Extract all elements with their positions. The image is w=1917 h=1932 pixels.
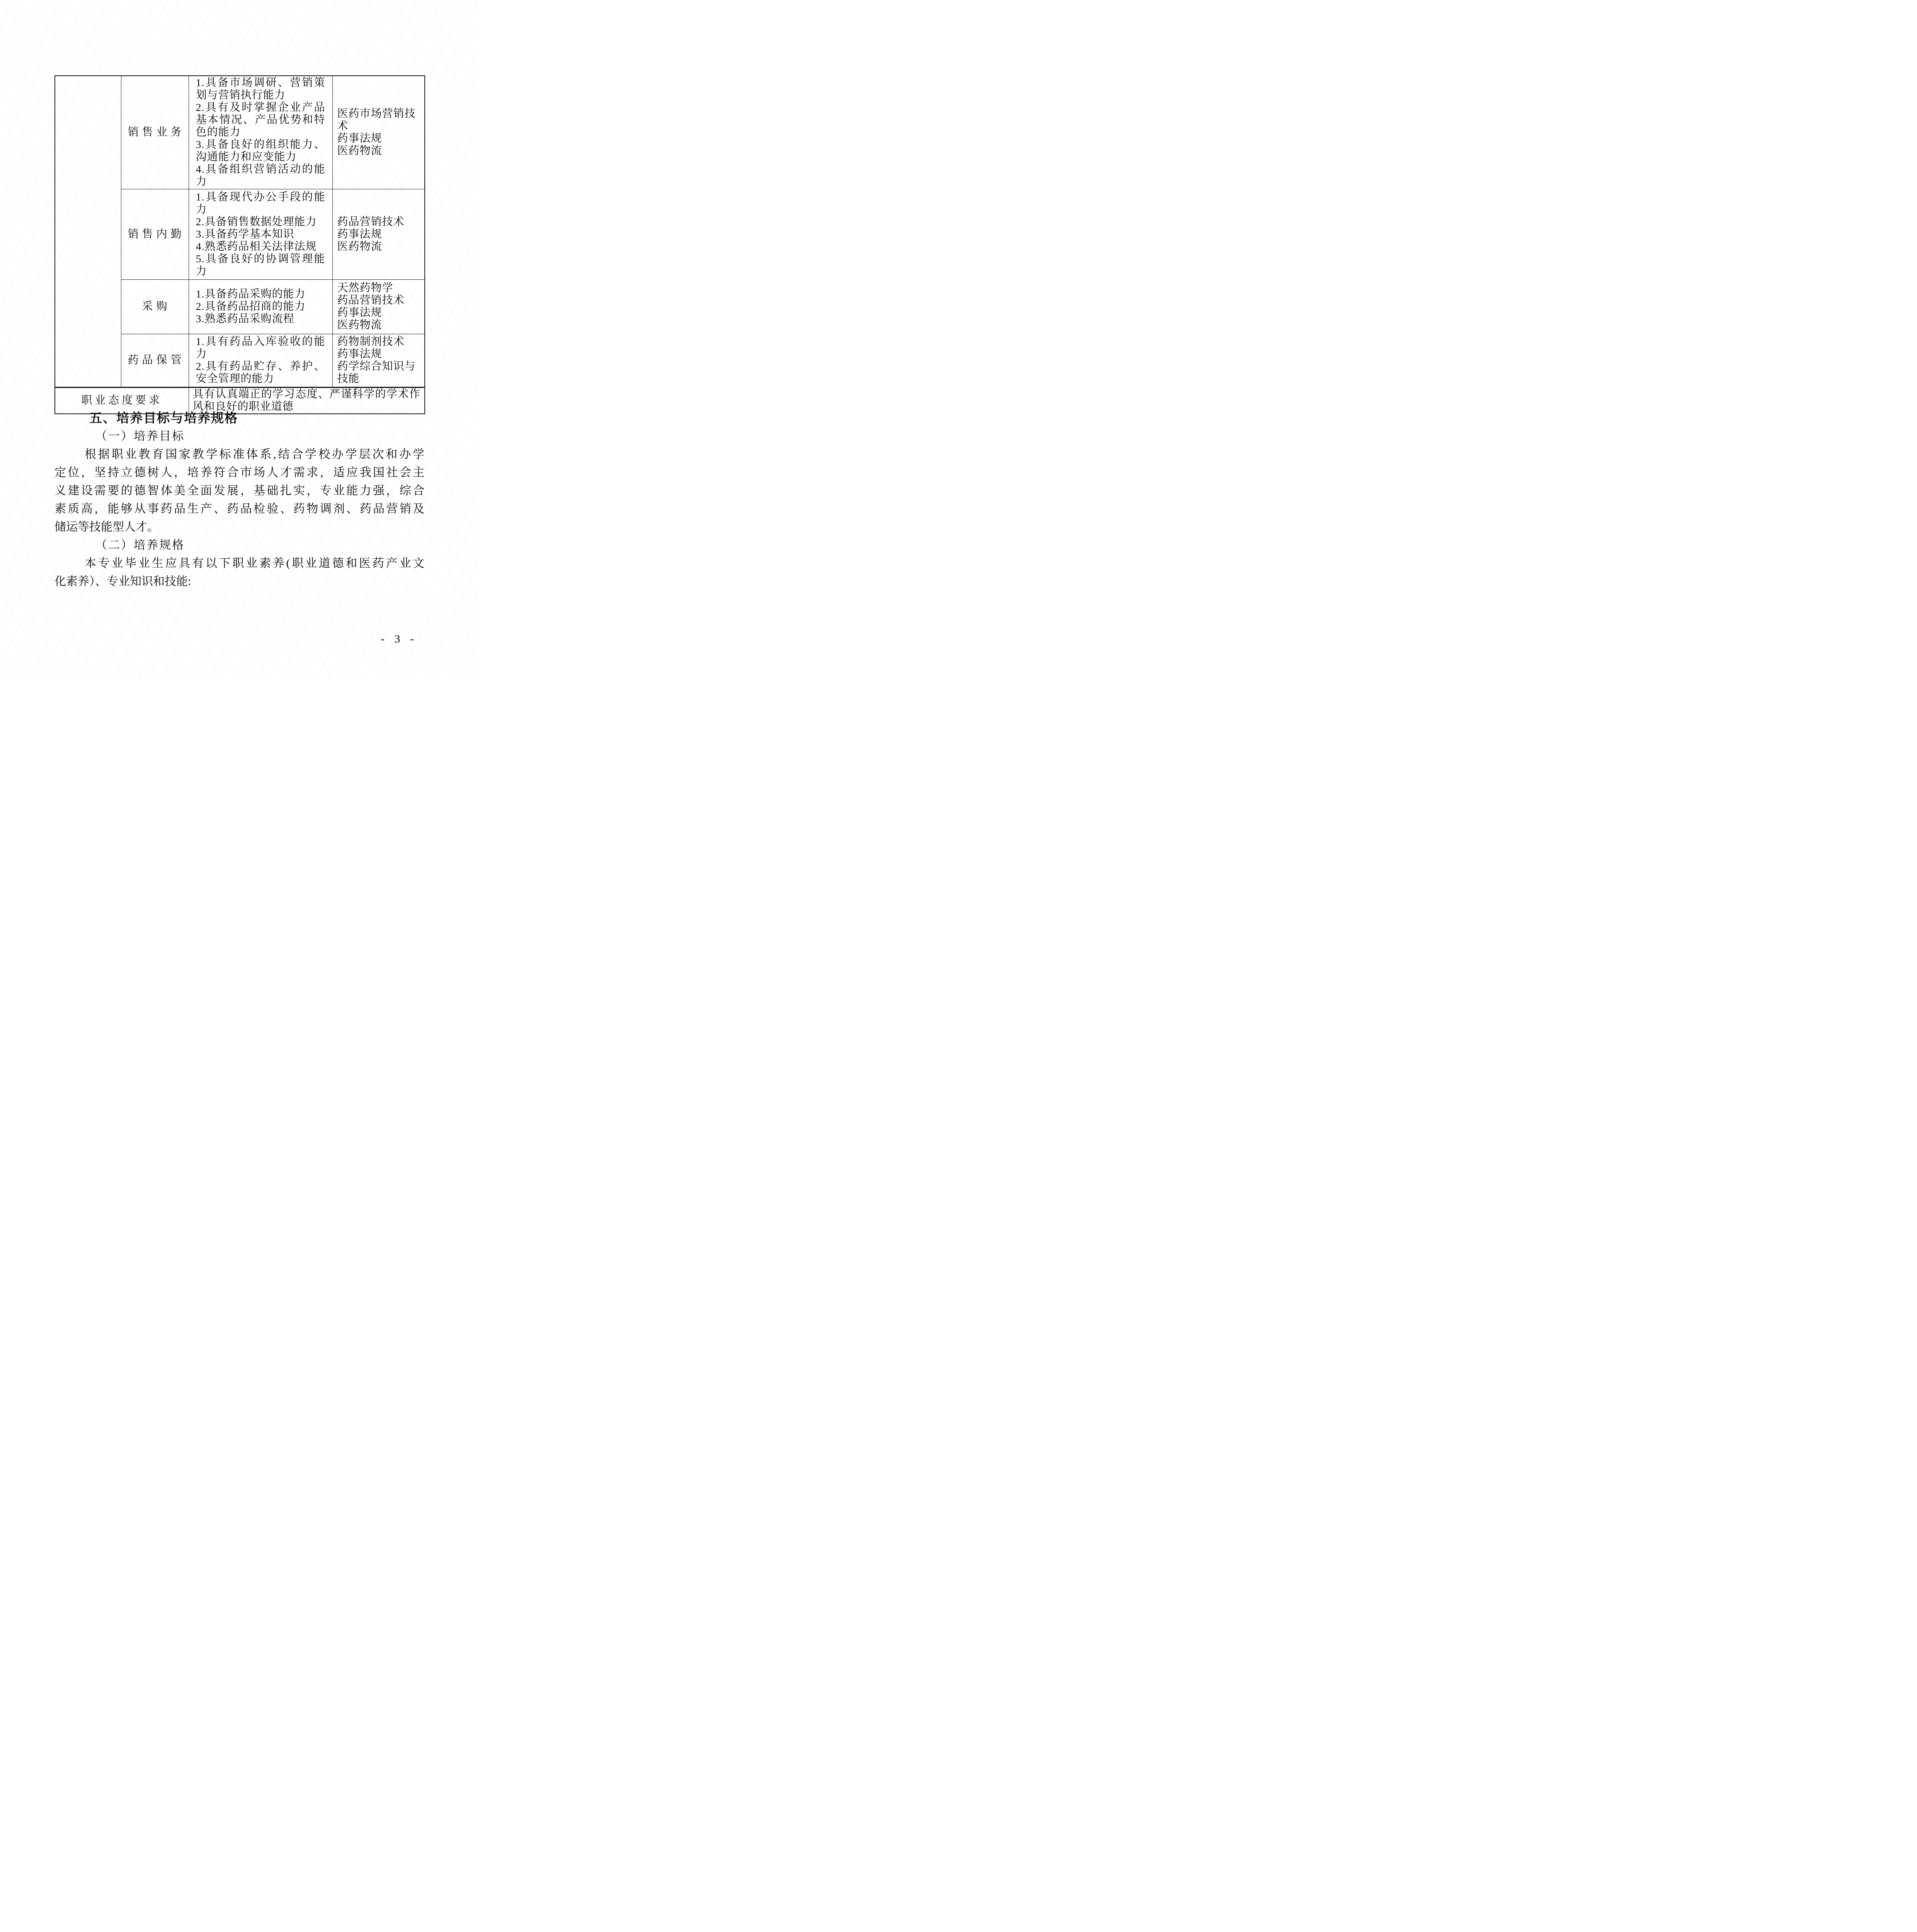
course-item: 药事法规 (337, 133, 420, 145)
course-item: 天然药物学 (337, 282, 420, 294)
course-item: 药事法规 (337, 348, 420, 361)
paragraph-line: 本专业毕业生应具有以下职业素养(职业道德和医药产业文 (54, 554, 424, 572)
ability-item: 3.具备良好的组织能力、沟通能力和应变能力 (196, 139, 325, 163)
courses-cell: 药品营销技术 药事法规 医药物流 (332, 189, 425, 280)
course-item: 药事法规 (337, 228, 420, 241)
job-role-cell: 销售业务 (121, 76, 189, 189)
job-role-label: 药品保管 (128, 354, 185, 367)
paragraph-line: 根据职业教育国家教学标准体系,结合学校办学层次和办学 (54, 445, 424, 463)
course-item: 药学综合知识与技能 (337, 361, 420, 385)
paragraph-line: 化素养）、专业知识和技能: (54, 572, 424, 590)
abilities-cell: 1.具备现代办公手段的能力 2.具备销售数据处理能力 3.具备药学基本知识 4.… (189, 189, 332, 280)
course-item: 医药物流 (337, 145, 420, 157)
courses-cell: 医药市场营销技术 药事法规 医药物流 (332, 76, 425, 189)
table-row: 销售业务 1.具备市场调研、营销策划与营销执行能力 2.具有及时掌握企业产品基本… (55, 76, 425, 189)
ability-item: 1.具备药品采购的能力 (196, 288, 325, 301)
ability-item: 1.具有药品入库验收的能力 (196, 336, 325, 361)
section-heading: 五、培养目标与培养规格 (54, 409, 424, 427)
job-role-label: 销售业务 (128, 126, 185, 139)
course-item: 医药市场营销技术 (337, 108, 420, 133)
course-item: 医药物流 (337, 319, 420, 332)
subheading-training-objective: （一）培养目标 (54, 427, 424, 445)
course-item: 医药物流 (337, 241, 420, 253)
paragraph-line: 储运等技能型人才。 (54, 518, 424, 536)
page-number: - 3 - (381, 632, 417, 646)
ability-item: 5.具备良好的协调管理能力 (196, 253, 325, 278)
job-role-cell: 采购 (121, 280, 189, 334)
ability-item: 2.具有药品贮存、养护、安全管理的能力 (196, 361, 325, 385)
merged-category-cell (55, 76, 121, 388)
course-item: 药事法规 (337, 307, 420, 319)
course-item: 药物制剂技术 (337, 336, 420, 348)
course-item: 药品营销技术 (337, 294, 420, 307)
course-item: 药品营销技术 (337, 216, 420, 228)
courses-cell: 药物制剂技术 药事法规 药学综合知识与技能 (332, 334, 425, 388)
paragraph-line: 义建设需要的德智体美全面发展，基础扎实，专业能力强，综合 (54, 481, 424, 500)
ability-item: 2.具备销售数据处理能力 (196, 216, 325, 228)
paragraph-line: 定位，坚持立德树人，培养符合市场人才需求，适应我国社会主 (54, 463, 424, 481)
ability-item: 3.熟悉药品采购流程 (196, 313, 325, 325)
abilities-cell: 1.具备市场调研、营销策划与营销执行能力 2.具有及时掌握企业产品基本情况、产品… (189, 76, 332, 189)
job-role-label: 销售内勤 (128, 228, 185, 241)
courses-cell: 天然药物学 药品营销技术 药事法规 医药物流 (332, 280, 425, 334)
section-body: 五、培养目标与培养规格 （一）培养目标 根据职业教育国家教学标准体系,结合学校办… (54, 409, 424, 590)
paragraph-line: 素质高，能够从事药品生产、药品检验、药物调剂、药品营销及 (54, 500, 424, 518)
job-role-cell: 销售内勤 (121, 189, 189, 280)
abilities-cell: 1.具备药品采购的能力 2.具备药品招商的能力 3.熟悉药品采购流程 (189, 280, 332, 334)
ability-item: 4.具备组织营销活动的能力 (196, 163, 325, 188)
ability-item: 2.具备药品招商的能力 (196, 301, 325, 313)
ability-item: 3.具备药学基本知识 (196, 228, 325, 241)
abilities-cell: 1.具有药品入库验收的能力 2.具有药品贮存、养护、安全管理的能力 (189, 334, 332, 388)
ability-item: 2.具有及时掌握企业产品基本情况、产品优势和特色的能力 (196, 102, 325, 139)
job-role-cell: 药品保管 (121, 334, 189, 388)
ability-item: 1.具备市场调研、营销策划与营销执行能力 (196, 77, 325, 102)
job-requirements-table: 销售业务 1.具备市场调研、营销策划与营销执行能力 2.具有及时掌握企业产品基本… (54, 75, 425, 414)
ability-item: 1.具备现代办公手段的能力 (196, 191, 325, 216)
ability-item: 4.熟悉药品相关法律法规 (196, 241, 325, 253)
subheading-training-specification: （二）培养规格 (54, 536, 424, 554)
job-role-label: 采购 (142, 301, 170, 313)
